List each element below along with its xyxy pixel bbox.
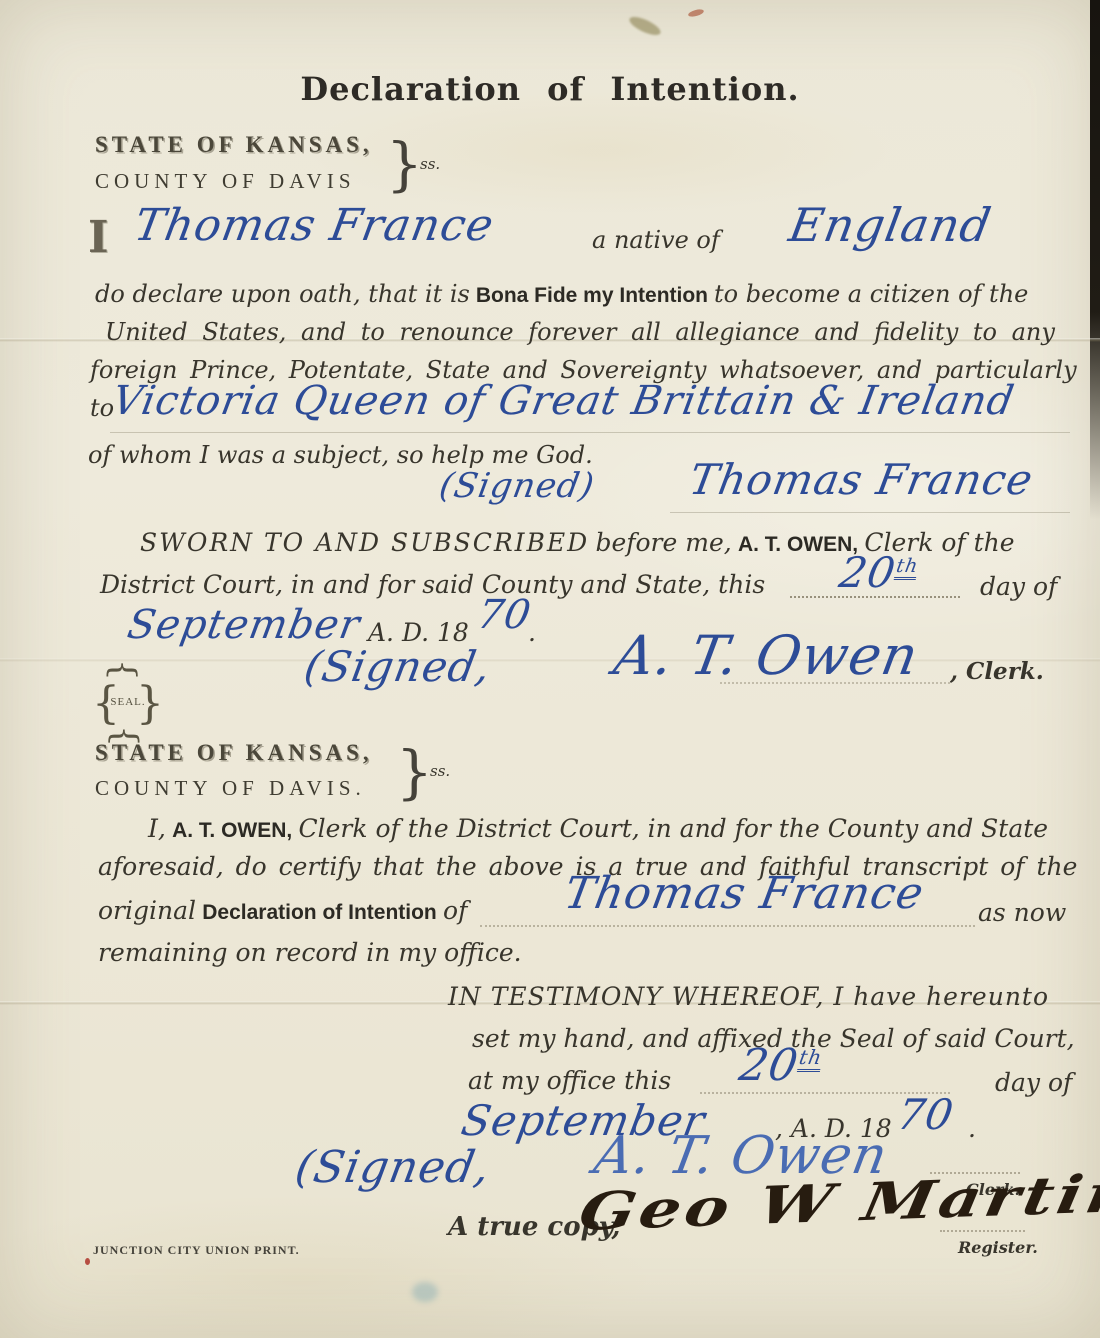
document-page: Declaration of Intention. STATE OF KANSA…: [0, 0, 1100, 1338]
declarant-name-handwritten: Thomas France: [131, 200, 499, 251]
sovereign-handwritten: Victoria Queen of Great Brittain & Irela…: [109, 378, 1018, 424]
oath-line1-pre: do declare upon oath, that it is: [95, 280, 470, 308]
venue-bottom-county: COUNTY OF DAVIS.: [95, 776, 366, 801]
oath-line2: United States, and to renounce forever a…: [105, 318, 1055, 346]
testimony-day-handwritten: 20th: [736, 1040, 826, 1091]
venue-top-brace: }: [386, 130, 423, 198]
testimony-signed-label: (Signed,: [292, 1142, 495, 1193]
ink-smudge: [627, 13, 663, 38]
oath-line1-bold: Bona Fide my Intention: [476, 284, 708, 307]
testimony-day-number: 20: [736, 1040, 803, 1091]
native-country-handwritten: England: [785, 198, 995, 252]
seal-brace-top: {: [103, 659, 143, 681]
jurat-day-number: 20: [836, 548, 900, 597]
signature-rule: [940, 1230, 1025, 1232]
ink-smudge: [85, 1258, 90, 1265]
page-title: Declaration of Intention.: [0, 70, 1100, 108]
venue-top-ss: ss.: [420, 155, 440, 173]
jurat-clerk-name: A. T. OWEN,: [738, 533, 858, 556]
clerk-signature-jurat: A. T. Owen: [609, 624, 923, 687]
oath-line1-post: to become a citizen of the: [714, 280, 1028, 308]
fold-crease: [0, 658, 1100, 662]
cert-i-label: I,: [148, 814, 166, 843]
cert-line4: remaining on record in my office.: [98, 938, 522, 967]
jurat-line2: District Court, in and for said County a…: [100, 570, 765, 599]
venue-bottom-brace: }: [396, 738, 433, 806]
jurat-sworn-caps: SWORN TO AND SUBSCRIBED: [140, 528, 589, 557]
ink-smudge: [687, 8, 704, 18]
testimony-line3-pre: at my office this: [468, 1066, 671, 1095]
cert-doc-bold: Declaration of Intention: [202, 901, 437, 924]
blank-rule: [110, 432, 1070, 433]
drop-cap-initial: I: [88, 212, 109, 263]
testimony-day-of: day of: [995, 1068, 1072, 1097]
venue-bottom-state: STATE OF KANSAS,: [95, 740, 373, 766]
jurat-signed-label: (Signed,: [301, 642, 495, 691]
jurat-day-handwritten: 20th: [836, 548, 922, 597]
cert-of-label: of: [443, 896, 467, 925]
venue-top-county: COUNTY OF DAVIS: [95, 169, 356, 194]
signed-label-handwritten: (Signed): [436, 466, 597, 506]
jurat-year-handwritten: 70: [474, 592, 535, 638]
testimony-day-suffix: th: [797, 1046, 824, 1072]
cert-name-handwritten: Thomas France: [561, 868, 929, 919]
cert-clerk-name: A. T. OWEN,: [172, 819, 292, 842]
signature-rule: [670, 512, 1070, 513]
register-label: Register.: [958, 1238, 1038, 1257]
testimony-year-handwritten: 70: [894, 1090, 958, 1139]
declarant-signature: Thomas France: [686, 455, 1037, 504]
testimony-line1: IN TESTIMONY WHEREOF, I have hereunto: [448, 982, 1049, 1011]
oath-line5: of whom I was a subject, so help me God.: [88, 441, 593, 469]
name-blank-rule: [480, 925, 975, 927]
testimony-period: .: [968, 1114, 976, 1143]
venue-bottom-ss: ss.: [430, 762, 450, 780]
seal-badge: { } { } SEAL.: [98, 664, 158, 742]
cert-as-now: as now: [978, 898, 1066, 927]
jurat-day-of: day of: [980, 572, 1057, 601]
venue-top-state: STATE OF KANSAS,: [95, 132, 373, 158]
cert-original-label: original: [98, 896, 196, 925]
seal-label: SEAL.: [98, 696, 158, 708]
printer-credit: JUNCTION CITY UNION PRINT.: [93, 1243, 300, 1258]
jurat-day-suffix: th: [894, 555, 920, 580]
signature-rule: [720, 682, 950, 684]
ink-smudge: [412, 1282, 438, 1302]
jurat-clerk-label: , Clerk.: [950, 658, 1044, 685]
native-of-label: a native of: [592, 226, 720, 254]
jurat-period: .: [528, 618, 536, 647]
cert-line1-post: Clerk of the District Court, in and for …: [299, 814, 1049, 843]
jurat-before-me: before me,: [595, 528, 731, 557]
